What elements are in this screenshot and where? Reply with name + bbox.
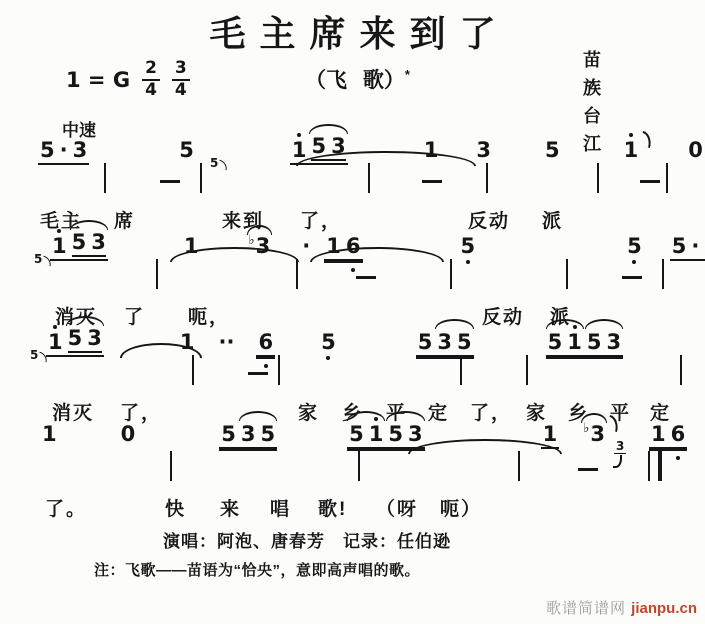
note: 5	[672, 236, 687, 257]
note: 5	[72, 232, 87, 253]
note: 1	[369, 424, 384, 445]
note: 0	[121, 424, 136, 445]
key-label: 1 = G	[66, 68, 130, 92]
note: 5	[261, 424, 276, 445]
time-signature-2-4: 2 4	[142, 60, 160, 100]
note: 6	[346, 236, 361, 257]
barline	[518, 451, 520, 481]
high-octave-dot-icon	[374, 417, 378, 421]
beam-group: 1	[541, 424, 560, 449]
time-sig-numerator: 3	[172, 60, 190, 81]
lyric-syllable: 了，	[470, 398, 512, 425]
note: 1	[48, 332, 63, 353]
barline	[460, 355, 462, 385]
note: 5	[627, 236, 642, 257]
high-octave-dot-icon	[629, 133, 633, 137]
time-sig-numerator: 2	[142, 60, 160, 81]
performer-credits: 演唱：阿泡、唐春芳 记录：任伯逊	[163, 527, 451, 552]
note: 5	[545, 140, 560, 161]
note: ♭3	[249, 236, 271, 257]
sixteenth-subgroup: 53	[68, 328, 102, 353]
note: 3	[408, 424, 423, 445]
notes-row: 51531♭3·16555·35	[0, 242, 705, 298]
lyric-syllable: 了，	[120, 398, 162, 425]
low-octave-dot-icon	[264, 364, 268, 368]
lyric-syllable: 定	[428, 398, 449, 425]
note: 1	[52, 236, 67, 257]
high-octave-dot-icon	[53, 325, 57, 329]
barline	[450, 259, 452, 289]
sheet-music-page: 毛主席来到了 1 = G 2 4 3 4 （飞 歌）* 苗族 台江 中速 5·3…	[0, 0, 705, 624]
tie-span: 51	[349, 424, 383, 445]
beam-group: 153	[46, 328, 104, 357]
duration-dash	[248, 372, 268, 375]
note: 1	[624, 140, 639, 161]
barline	[368, 163, 370, 193]
notes-row: 1053551531♭31653	[0, 434, 705, 490]
lyric-syllable: 了，	[300, 206, 342, 233]
duration-dash	[622, 276, 642, 279]
notes-row: 5·355153135105·35	[0, 146, 705, 202]
barline	[486, 163, 488, 193]
lyric-syllable: 定	[650, 398, 671, 425]
watermark-site-url: jianpu.cn	[631, 600, 697, 617]
low-octave-dot-icon	[466, 260, 470, 264]
note: ·	[691, 236, 699, 257]
note: ··	[219, 332, 235, 353]
high-octave-dot-icon	[297, 133, 301, 137]
sixteenth-subgroup: 53	[311, 136, 345, 161]
tie-span: 35	[241, 424, 275, 445]
high-octave-dot-icon	[573, 325, 577, 329]
note: 3	[87, 328, 102, 349]
barline	[170, 451, 172, 481]
lyric-syllable: 快	[165, 494, 186, 521]
lyric-syllable: 消灭	[52, 398, 94, 425]
lyric-syllable: 了	[124, 302, 145, 329]
note: 1	[567, 332, 582, 353]
lyric-syllable: 席	[114, 206, 135, 233]
subtitle-text: （飞 歌）	[305, 69, 405, 92]
barline	[104, 163, 106, 193]
slide-ornament: 3	[614, 440, 626, 468]
note: 3	[91, 232, 106, 253]
beam-group: 5·3	[670, 236, 705, 261]
grace-note: 5	[210, 156, 218, 170]
duration-dash	[640, 180, 660, 183]
beam-group: 535	[219, 424, 277, 449]
barline	[156, 259, 158, 289]
tie-span: 51	[548, 332, 582, 353]
barline	[680, 355, 682, 385]
note: 1	[184, 236, 199, 257]
barline	[566, 259, 568, 289]
duration-dash	[160, 180, 180, 183]
low-octave-dot-icon	[351, 268, 355, 272]
note: 1	[543, 424, 558, 445]
lyric-syllable: 歌!	[318, 494, 347, 521]
note: 3	[476, 140, 491, 161]
lyric-syllable: 了。	[45, 494, 87, 521]
beam-group: 16	[649, 424, 687, 449]
note: 1	[424, 140, 439, 161]
note: 0	[688, 140, 703, 161]
low-octave-dot-icon	[326, 356, 330, 360]
barline	[358, 451, 360, 481]
note: 1	[651, 424, 666, 445]
grace-note: 5	[34, 252, 42, 266]
beam-group: 16	[324, 236, 362, 261]
lyric-syllable: 唱	[270, 494, 291, 521]
note: 5	[587, 332, 602, 353]
note: 3	[437, 332, 452, 353]
flat-icon: ♭	[249, 233, 255, 248]
tie-arc-icon	[309, 124, 347, 134]
region-ethnicity: 苗族	[583, 46, 655, 102]
note: 5	[388, 424, 403, 445]
duration-dash	[356, 276, 376, 279]
barline	[296, 259, 298, 289]
beam-group: 5·3	[38, 140, 89, 165]
note: 5	[221, 424, 236, 445]
barline	[278, 355, 280, 385]
beam-group: 5153	[546, 332, 624, 357]
note: 5	[349, 424, 364, 445]
barline	[192, 355, 194, 385]
lyric-syllable: 家	[298, 398, 319, 425]
lyric-syllable: 家	[526, 398, 547, 425]
note: 6	[258, 332, 273, 353]
note: 1	[42, 424, 57, 445]
slide-hook-icon	[613, 455, 622, 468]
score: 5·355153135105·35毛主席来到了，反动派51531♭3·16555…	[0, 146, 705, 530]
lyric-syllable: 派	[542, 206, 563, 233]
lyric-syllable: 反动	[482, 302, 524, 329]
note: 5	[40, 140, 55, 161]
notes-row: 51531··655355153105355153	[0, 338, 705, 394]
lyric-syllable: 反动	[468, 206, 510, 233]
tie-span: 53	[388, 424, 422, 445]
note: ♭3	[583, 424, 605, 445]
note: 3	[73, 140, 88, 161]
note: 5	[311, 136, 326, 157]
lyric-syllable: 呃）	[440, 494, 482, 521]
time-signature-3-4: 3 4	[172, 60, 190, 100]
high-octave-dot-icon	[57, 229, 61, 233]
barline	[597, 163, 599, 193]
flat-icon: ♭	[583, 421, 589, 436]
lyric-syllable: 呃，	[188, 302, 230, 329]
song-subtitle: （飞 歌）*	[305, 64, 410, 94]
beam-group: 6	[256, 332, 275, 357]
key-time-signature: 1 = G 2 4 3 4	[66, 60, 190, 100]
beam-group: 535	[416, 332, 474, 357]
note: 3	[241, 424, 256, 445]
time-sig-denominator: 4	[145, 81, 157, 100]
note: 3	[606, 332, 621, 353]
lyric-syllable: 来	[220, 494, 241, 521]
barline	[666, 163, 668, 193]
footnote: 注：飞歌——苗语为“恰央”，意即高声唱的歌。	[94, 559, 420, 580]
duration-dash	[578, 468, 598, 471]
beam-group: 153	[50, 232, 108, 261]
note: 5	[418, 332, 433, 353]
note: 5	[457, 332, 472, 353]
note: 1	[326, 236, 341, 257]
sixteenth-subgroup: 53	[72, 232, 106, 257]
duration-dash	[422, 180, 442, 183]
watermark: 歌谱简谱网 jianpu.cn	[546, 597, 697, 618]
lyric-syllable: （呀	[376, 494, 418, 521]
note: 1	[292, 140, 307, 161]
barline	[200, 163, 202, 193]
tie-span: 53	[587, 332, 621, 353]
grace-note: 5	[30, 348, 38, 362]
beam-group: 153	[290, 136, 348, 165]
note: 5	[461, 236, 476, 257]
barline	[526, 355, 528, 385]
time-sig-denominator: 4	[175, 81, 187, 100]
region-line-1: 苗族	[583, 46, 655, 102]
note: 1	[180, 332, 195, 353]
footnote-asterisk: *	[405, 67, 410, 82]
watermark-site-name: 歌谱简谱网	[546, 600, 626, 617]
ornament-number: 3	[614, 440, 626, 454]
lyrics-row: 了。快来唱歌!（呀呃）	[0, 490, 705, 526]
note: 5	[179, 140, 194, 161]
final-barline	[648, 451, 662, 481]
note: 5	[321, 332, 336, 353]
note: 5	[548, 332, 563, 353]
note: 5	[68, 328, 83, 349]
system: 1053551531♭31653了。快来唱歌!（呀呃）	[0, 434, 705, 530]
note: 3	[331, 136, 346, 157]
note: 6	[671, 424, 686, 445]
low-octave-dot-icon	[676, 456, 680, 460]
beam-group: 5153	[347, 424, 425, 449]
note: ·	[60, 140, 68, 161]
slur	[408, 439, 562, 454]
tie-span: 35	[437, 332, 471, 353]
note: ·	[302, 236, 310, 257]
barline	[662, 259, 664, 289]
low-octave-dot-icon	[632, 260, 636, 264]
